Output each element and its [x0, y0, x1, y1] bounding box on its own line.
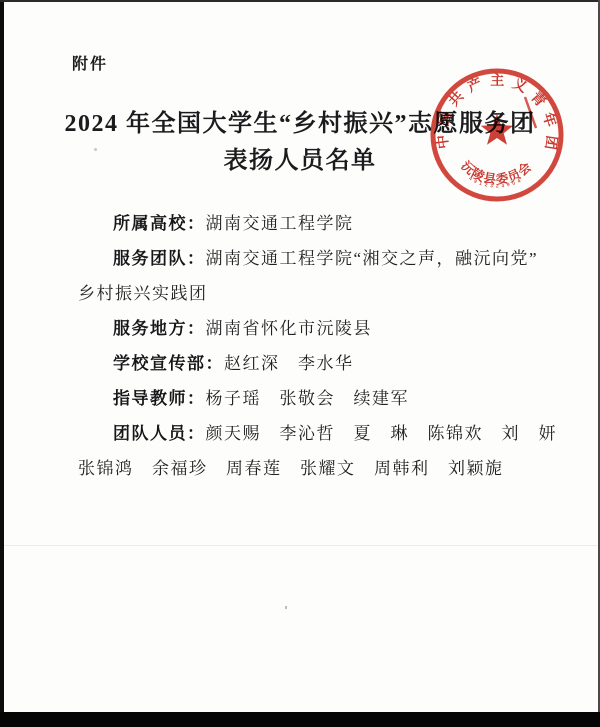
- field-label: 所属高校：: [113, 214, 206, 233]
- scan-edge-bottom: [0, 712, 600, 727]
- field-line-advisors: 指导教师：杨子瑶 张敬会 续建军: [78, 381, 548, 416]
- field-label: 服务团队：: [113, 249, 206, 268]
- field-line-team-wrap: 乡村振兴实践团: [78, 276, 548, 311]
- seal-arc-bottom-text: 沅陵县委员会: [459, 158, 535, 187]
- field-value: 杨子瑶 张敬会 续建军: [206, 389, 410, 408]
- scan-edge-top: [0, 0, 600, 2]
- scan-speck-2: [285, 606, 287, 609]
- official-seal: 中国共产主义青年团 沅陵县委员会 4912324904: [424, 67, 574, 205]
- field-value: 湖南交通工程学院: [206, 214, 354, 233]
- field-line-members-wrap: 张锦鸿 余福珍 周春莲 张耀文 周韩利 刘颖旎: [78, 451, 548, 486]
- document-page: 附件 2024 年全国大学生“乡村振兴”志愿服务团 表扬人员名单 所属高校：湖南…: [0, 0, 600, 727]
- field-line-members: 团队人员：颜天赐 李沁哲 夏 琳 陈锦欢 刘 妍: [78, 416, 548, 451]
- field-label: 学校宣传部：: [113, 354, 224, 373]
- field-value: 乡村振兴实践团: [78, 284, 208, 303]
- seal-star: [481, 114, 513, 145]
- field-value: 颜天赐 李沁哲 夏 琳 陈锦欢 刘 妍: [206, 424, 558, 443]
- scan-edge-left: [0, 0, 4, 727]
- field-line-publicity-dept: 学校宣传部：赵红深 李水华: [78, 346, 548, 381]
- scan-fold-line: [4, 545, 598, 546]
- attachment-label: 附件: [72, 51, 108, 74]
- field-label: 团队人员：: [113, 424, 206, 443]
- field-value: 湖南省怀化市沅陵县: [206, 319, 373, 338]
- field-value: 湖南交通工程学院“湘交之声，融沅向党”: [206, 249, 539, 268]
- field-line-team: 服务团队：湖南交通工程学院“湘交之声，融沅向党”: [78, 241, 548, 276]
- seal-arc-top-text: 中国共产主义青年团: [434, 72, 561, 151]
- scan-speck-1: [94, 148, 97, 151]
- field-label: 指导教师：: [113, 389, 206, 408]
- field-label: 服务地方：: [113, 319, 206, 338]
- field-line-location: 服务地方：湖南省怀化市沅陵县: [78, 311, 548, 346]
- field-value: 赵红深 李水华: [224, 354, 354, 373]
- field-line-school: 所属高校：湖南交通工程学院: [78, 206, 548, 241]
- field-value: 张锦鸿 余福珍 周春莲 张耀文 周韩利 刘颖旎: [78, 459, 504, 478]
- document-body: 所属高校：湖南交通工程学院 服务团队：湖南交通工程学院“湘交之声，融沅向党” 乡…: [78, 206, 548, 486]
